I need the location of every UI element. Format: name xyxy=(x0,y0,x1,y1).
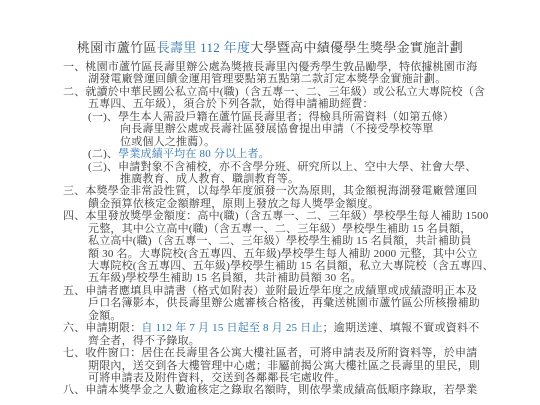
document-line: 可將申請表及附件資料，交送到各鄰鄰長宅處收件。 xyxy=(0,372,540,384)
title-segment: 桃園市蘆竹區 xyxy=(77,40,157,55)
body-text: (一)、學生本人需設戶籍在蘆竹區長壽里者；得檢具所需資料（如第五條） xyxy=(88,111,454,123)
body-text: 六、申請期限： xyxy=(63,322,141,334)
document-line: 金額。 xyxy=(0,310,540,322)
highlighted-text: 學業成績平均在 80 分以上者。 xyxy=(118,148,270,160)
highlighted-text: 自 112 年 7 月 15 日起至 8 月 25 日止 xyxy=(141,322,322,334)
document-line: 元整，其中公立高中(職)（含五專一、二、三年級）學校學生補助 15 名員額， xyxy=(0,223,540,235)
document-line: 饋金預算依核定金額辦理，原則上發放之每人獎學金額度。 xyxy=(0,198,540,210)
body-text: 私立高中(職)（含五專一、二、三年級）學校學生補助 15 名員額，共計補助員 xyxy=(88,235,471,247)
body-text: 額 30 名。大專院校(含五專四、五年級)學校學生每人補助 2000 元整，其中… xyxy=(88,248,478,260)
document-title: 桃園市蘆竹區長壽里 112 年度大學暨高中績優學生獎學金實施計劃 xyxy=(0,40,540,56)
document-line: 五、申請者應填具申請書（格式如附表）並附最近學年度之成績單或成績證明正本及 xyxy=(0,285,540,297)
document-line: 五年級)學校學生補助 15 名員額，共計補助員額 30 名。 xyxy=(0,272,540,284)
document-line: 七、收件窗口：居住在長壽里各公寓大樓社區者，可將申請表及所附資料等，於申請 xyxy=(0,347,540,359)
body-text: 二、就讀於中華民國公私立高中(職)（含五專一、二、三年級）或公私立大專院校（含 xyxy=(63,86,485,98)
body-text: 湖發電廠營運回饋金運用管理要點第五點第二款訂定本獎學金實施計劃。 xyxy=(88,73,446,85)
document-body: 一、桃園市蘆竹區長壽里辦公處為獎掖長壽里內優秀學生敦品勵學，特依據桃園市海湖發電… xyxy=(0,61,540,397)
document-line: 戶口名簿影本，供長壽里辦公處審核合格後，再彙送桃園市蘆竹區公所核撥補助 xyxy=(0,297,540,309)
body-text: 饋金預算依核定金額辦理，原則上發放之每人獎學金額度。 xyxy=(88,198,379,210)
body-text: (二)、 xyxy=(88,148,118,160)
body-text: 五年級)學校學生補助 15 名員額，共計補助員額 30 名。 xyxy=(88,272,362,284)
document-line: 大專院校(含五專四、五年級)學校學生補助 15 名員額，私立大專院校（含五專四、 xyxy=(0,260,540,272)
document-line: 二、就讀於中華民國公私立高中(職)（含五專一、二、三年級）或公私立大專院校（含 xyxy=(0,86,540,98)
body-text: 可將申請表及附件資料，交送到各鄰鄰長宅處收件。 xyxy=(88,372,346,384)
body-text: 八、申請本獎學金之人數逾核定之錄取名額時，則依學業成績高低順序錄取，若學業 xyxy=(63,384,477,396)
body-text: 四、本里發放獎學金額度：高中(職)（含五專一、二、三年級）學校學生每人補助 15… xyxy=(63,210,488,222)
document-line: 八、申請本獎學金之人數逾核定之錄取名額時，則依學業成績高低順序錄取，若學業 xyxy=(0,384,540,396)
document-line: (三)、申請對象不含補校，亦不含學分班、研究所以上、空中大學、社會大學、 xyxy=(0,161,540,173)
document-page: 桃園市蘆竹區長壽里 112 年度大學暨高中績優學生獎學金實施計劃 一、桃園市蘆竹… xyxy=(0,0,540,405)
body-text: 一、桃園市蘆竹區長壽里辦公處為獎掖長壽里內優秀學生敦品勵學，特依據桃園市海 xyxy=(63,61,477,73)
body-text: 推廣教育、成人教育、職訓教育等。 xyxy=(120,173,299,185)
document-line: 向長壽里辦公處或長壽社區發展協會提出申請（不接受學校等單 xyxy=(0,123,540,135)
document-line: 三、本獎學金非常設性質，以每學年度頒發一次為原則，其金額視海湖發電廠營運回 xyxy=(0,185,540,197)
body-text: 七、收件窗口：居住在長壽里各公寓大樓社區者，可將申請表及所附資料等，於申請 xyxy=(63,347,477,359)
body-text: 位或個人之推薦）。 xyxy=(120,136,215,148)
body-text: (三)、申請對象不含補校，亦不含學分班、研究所以上、空中大學、社會大學、 xyxy=(88,161,477,173)
document-line: 五專四、五年級），須合於下列各款，始得申請補助經費： xyxy=(0,98,540,110)
body-text: ；逾期送達、填報不實或資料不 xyxy=(323,322,480,334)
body-text: 三、本獎學金非常設性質，以每學年度頒發一次為原則，其金額視海湖發電廠營運回 xyxy=(63,185,477,197)
body-text: 五、申請者應填具申請書（格式如附表）並附最近學年度之成績單或成績證明正本及 xyxy=(63,285,477,297)
document-line: 六、申請期限：自 112 年 7 月 15 日起至 8 月 25 日止；逾期送達… xyxy=(0,322,540,334)
body-text: 期限內，送交到各大樓管理中心處；非屬前揭公寓大樓社區之長壽里的里民，則 xyxy=(88,360,480,372)
body-text: 向長壽里辦公處或長壽社區發展協會提出申請（不接受學校等單 xyxy=(120,123,434,135)
document-line: 位或個人之推薦）。 xyxy=(0,136,540,148)
body-text: 元整，其中公立高中(職)（含五專一、二、三年級）學校學生補助 15 名員額， xyxy=(88,223,471,235)
body-text: 戶口名簿影本，供長壽里辦公處審核合格後，再彙送桃園市蘆竹區公所核撥補助 xyxy=(88,297,480,309)
document-line: 四、本里發放獎學金額度：高中(職)（含五專一、二、三年級）學校學生每人補助 15… xyxy=(0,210,540,222)
document-line: (二)、學業成績平均在 80 分以上者。 xyxy=(0,148,540,160)
body-text: 大專院校(含五專四、五年級)學校學生補助 15 名員額，私立大專院校（含五專四、 xyxy=(88,260,494,272)
body-text: 金額。 xyxy=(88,310,122,322)
title-segment: 長壽里 112 年度 xyxy=(157,40,251,55)
document-line: 齊全者，得不予錄取。 xyxy=(0,335,540,347)
document-line: 推廣教育、成人教育、職訓教育等。 xyxy=(0,173,540,185)
document-line: 湖發電廠營運回饋金運用管理要點第五點第二款訂定本獎學金實施計劃。 xyxy=(0,73,540,85)
document-line: 私立高中(職)（含五專一、二、三年級）學校學生補助 15 名員額，共計補助員 xyxy=(0,235,540,247)
document-line: (一)、學生本人需設戶籍在蘆竹區長壽里者；得檢具所需資料（如第五條） xyxy=(0,111,540,123)
document-line: 期限內，送交到各大樓管理中心處；非屬前揭公寓大樓社區之長壽里的里民，則 xyxy=(0,360,540,372)
body-text: 五專四、五年級），須合於下列各款，始得申請補助經費： xyxy=(88,98,374,110)
document-line: 額 30 名。大專院校(含五專四、五年級)學校學生每人補助 2000 元整，其中… xyxy=(0,248,540,260)
document-line: 一、桃園市蘆竹區長壽里辦公處為獎掖長壽里內優秀學生敦品勵學，特依據桃園市海 xyxy=(0,61,540,73)
title-segment: 大學暨高中績優學生獎學金實施計劃 xyxy=(250,40,463,55)
body-text: 齊全者，得不予錄取。 xyxy=(88,335,200,347)
